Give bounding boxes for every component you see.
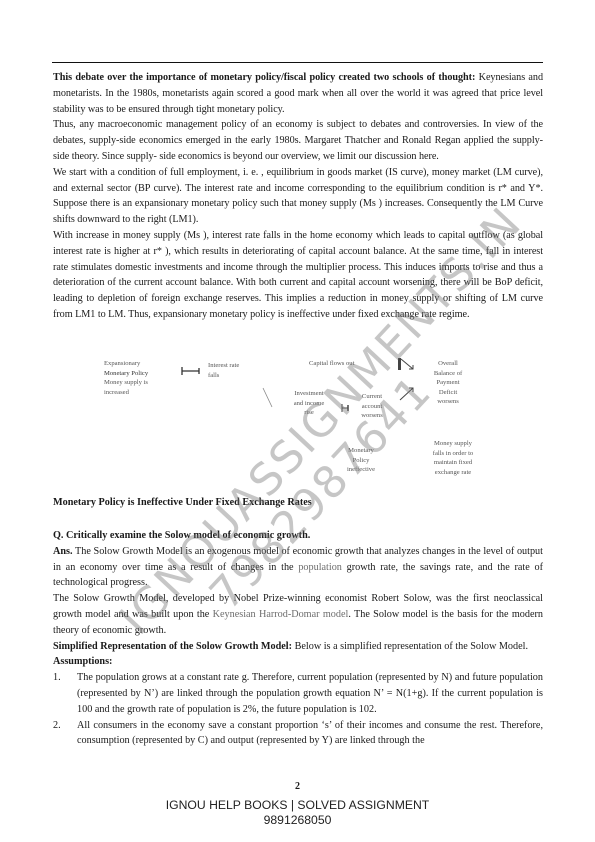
bold-lead: This debate over the importance of monet… [53,72,475,83]
assumption-item: 1. The population grows at a constant ra… [53,670,543,717]
node-overall-bop-deficit: Overall Balance of Payment Deficit worse… [420,359,476,407]
node-money-supply-falls: Money supply falls in order to maintain … [421,439,485,477]
diagram-caption: Monetary Policy is Ineffective Under Fix… [53,497,312,508]
paragraph-supply-side: Thus, any macroeconomic management polic… [53,117,543,164]
page-number: 2 [0,781,595,792]
question-heading: Q. Critically examine the Solow model of… [53,528,543,544]
arrow-up-right-icon [398,386,416,402]
node-current-account-worsens: Current account worsens [352,392,392,421]
assumptions-heading: Assumptions: [53,654,543,670]
connector-line-icon [262,387,274,409]
header-rule [52,62,543,63]
solow-origin-paragraph: The Solow Growth Model, developed by Nob… [53,591,543,638]
harrod-domar-link[interactable]: Keynesian Harrod-Domar model [213,609,349,620]
simplified-representation-paragraph: Simplified Representation of the Solow G… [53,639,543,655]
population-link[interactable]: population [298,562,342,573]
node-interest-rate-falls: Interest rate falls [208,361,239,380]
intro-section: This debate over the importance of monet… [53,70,543,323]
node-expansionary-policy: Expansionary Monetary Policy Money suppl… [104,359,148,397]
solow-section: Q. Critically examine the Solow model of… [53,528,543,749]
arrow-icon [180,366,202,376]
footer-phone: 9891268050 [0,813,595,827]
arrow-icon [340,403,350,413]
paragraph-full-employment: We start with a condition of full employ… [53,165,543,228]
node-capital-flows-out: Capital flows out [309,359,354,369]
paragraph-schools-of-thought: This debate over the importance of monet… [53,70,543,117]
footer-brand: IGNOU HELP BOOKS | SOLVED ASSIGNMENT [0,798,595,812]
node-policy-ineffective: Monetary Policy ineffective [336,446,386,475]
answer-paragraph: Ans. The Solow Growth Model is an exogen… [53,544,543,591]
node-investment-income-rise: Investment and income rise [283,389,335,418]
arrow-down-right-icon [397,357,417,373]
assumption-item: 2. All consumers in the economy save a c… [53,718,543,750]
document-page: This debate over the importance of monet… [0,0,595,842]
paragraph-money-supply: With increase in money supply (Ms ), int… [53,228,543,323]
